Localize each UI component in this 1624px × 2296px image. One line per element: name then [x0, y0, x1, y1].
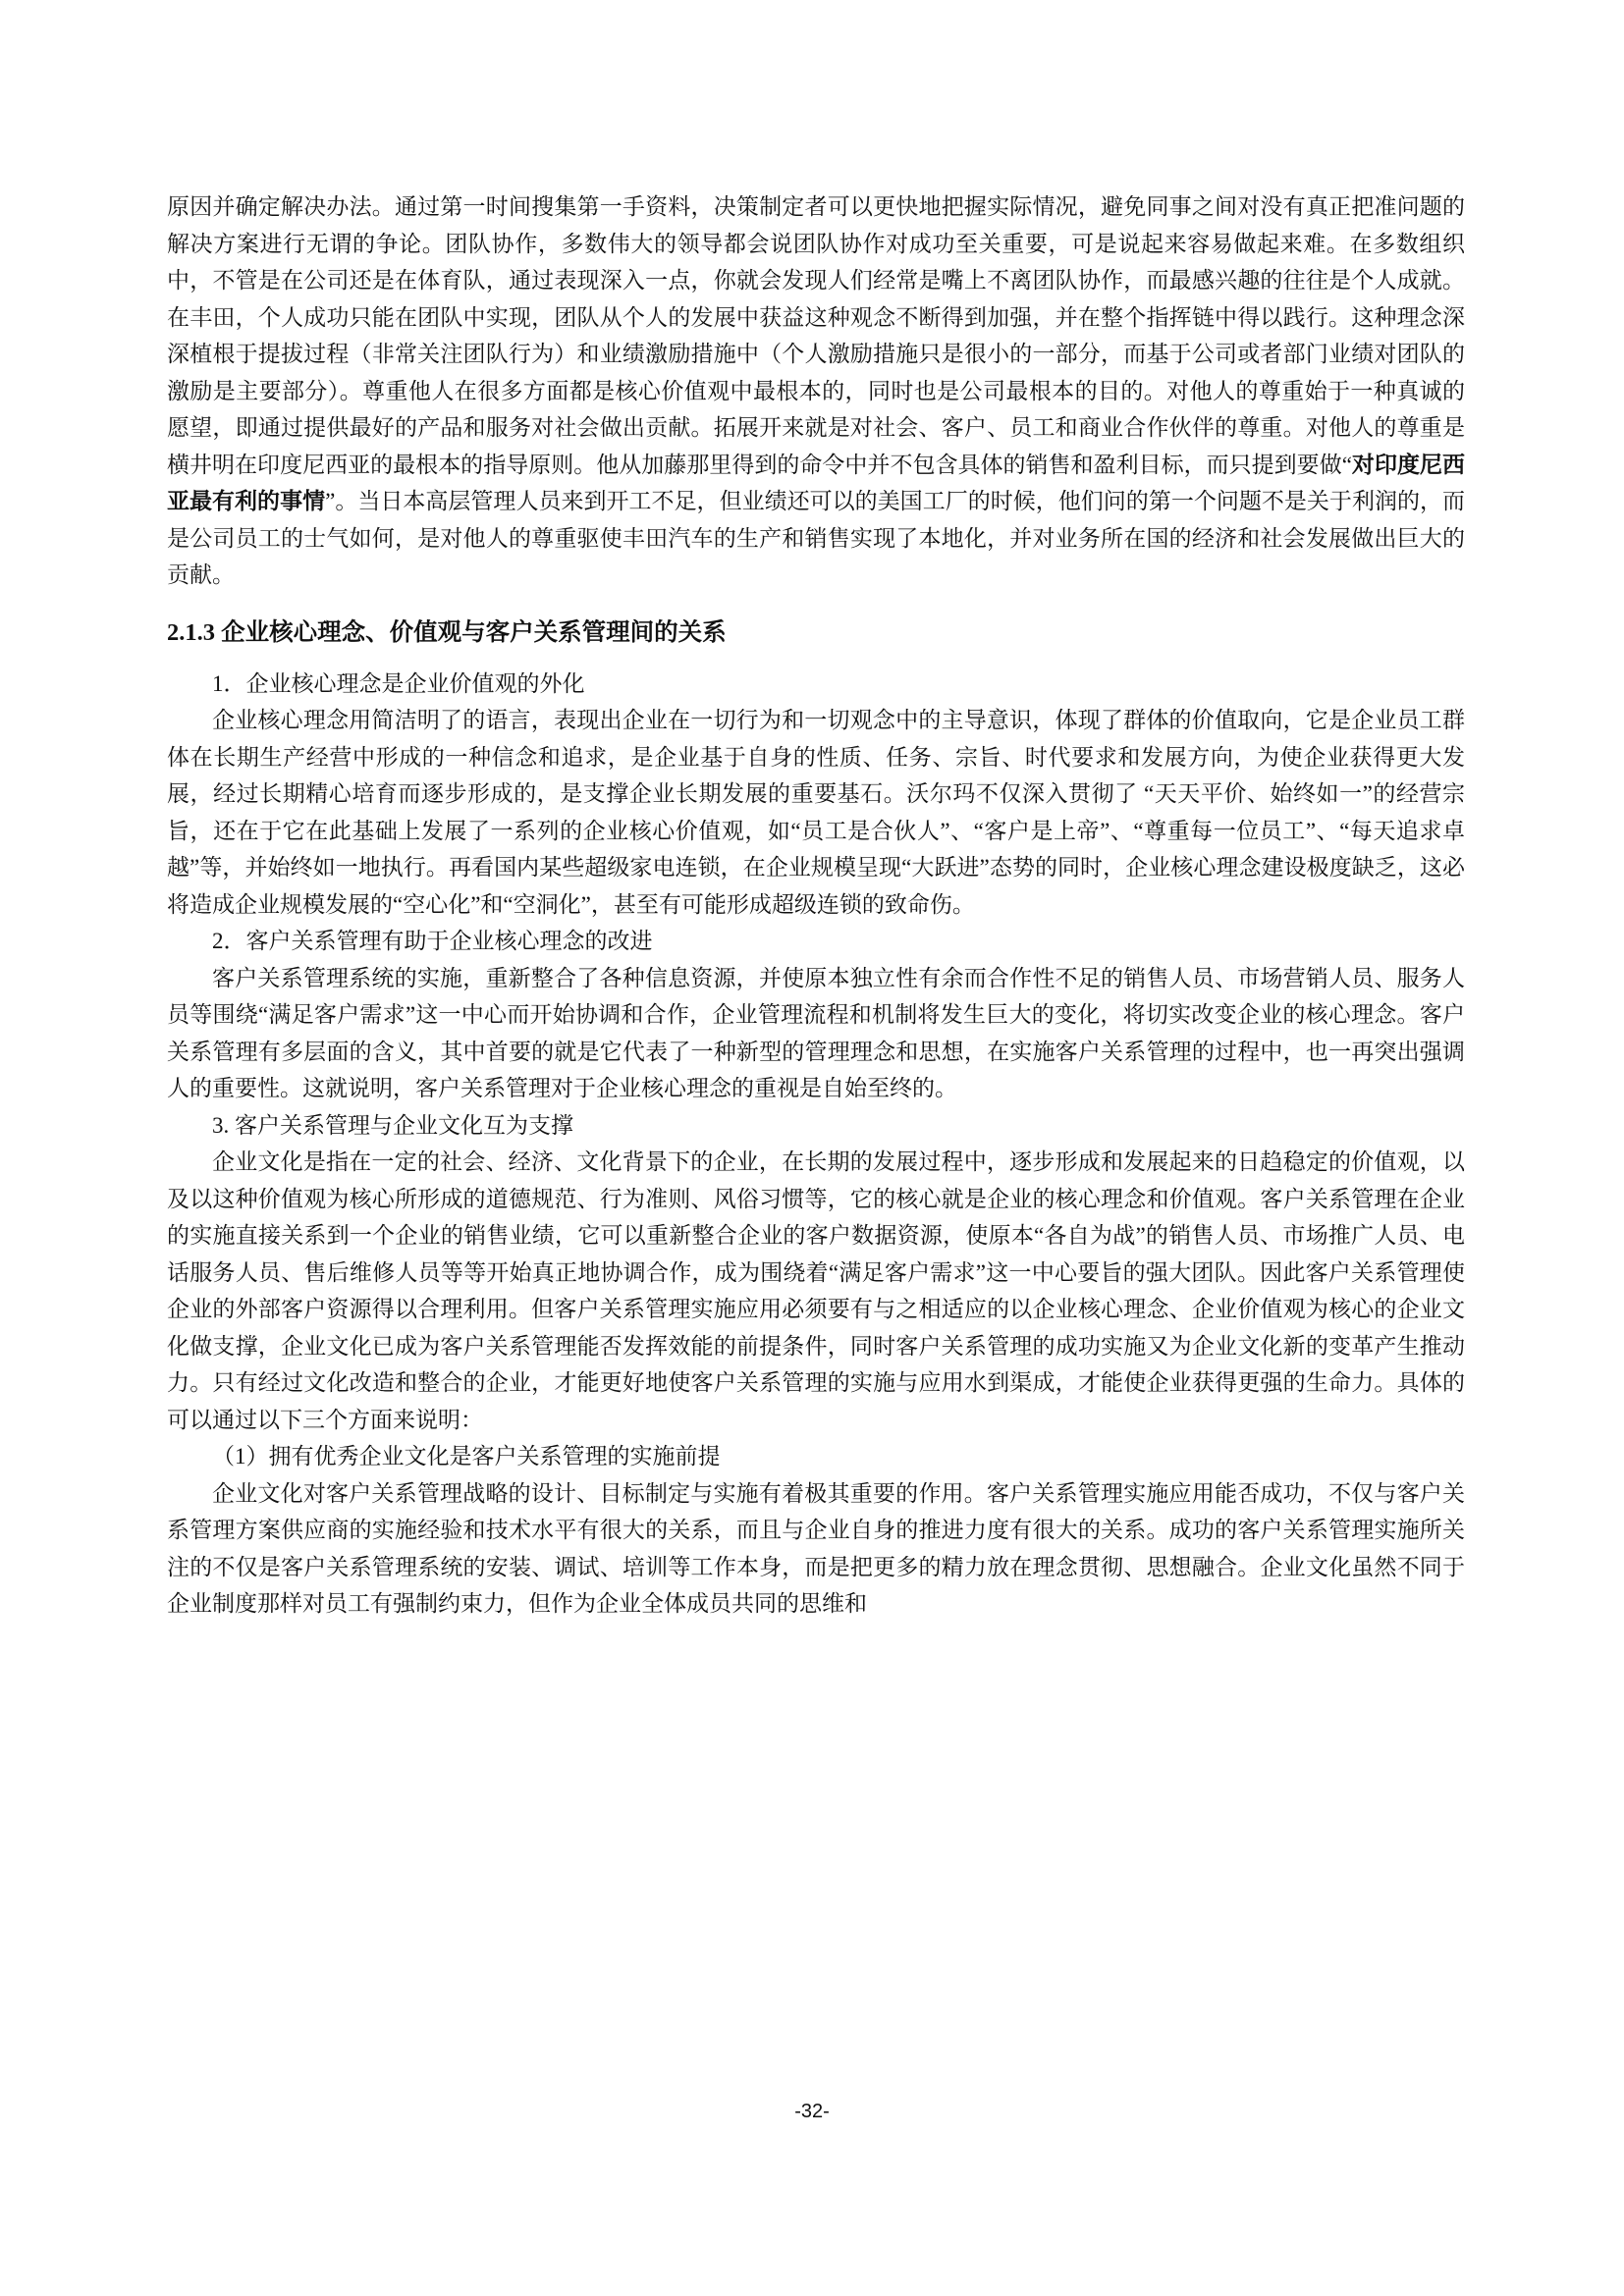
numbered-item-2: 2．客户关系管理有助于企业核心理念的改进 — [167, 923, 1465, 960]
numbered-item-4: （1）拥有优秀企业文化是客户关系管理的实施前提 — [167, 1438, 1465, 1475]
body-paragraph-4: 企业文化对客户关系管理战略的设计、目标制定与实施有着极其重要的作用。客户关系管理… — [167, 1475, 1465, 1623]
continued-paragraph-text-before: 原因并确定解决办法。通过第一时间搜集第一手资料，决策制定者可以更快地把握实际情况… — [167, 194, 1465, 477]
continued-paragraph: 原因并确定解决办法。通过第一时间搜集第一手资料，决策制定者可以更快地把握实际情况… — [167, 188, 1465, 594]
numbered-item-3: 3. 客户关系管理与企业文化互为支撑 — [167, 1107, 1465, 1145]
numbered-item-1: 1．企业核心理念是企业价值观的外化 — [167, 666, 1465, 703]
text-column: 原因并确定解决办法。通过第一时间搜集第一手资料，决策制定者可以更快地把握实际情况… — [167, 188, 1465, 1623]
page-number: -32- — [0, 2101, 1624, 2123]
document-page: 原因并确定解决办法。通过第一时间搜集第一手资料，决策制定者可以更快地把握实际情况… — [0, 0, 1624, 2296]
body-paragraph-1: 企业核心理念用简洁明了的语言，表现出企业在一切行为和一切观念中的主导意识，体现了… — [167, 702, 1465, 923]
section-heading-2-1-3: 2.1.3 企业核心理念、价值观与客户关系管理间的关系 — [167, 614, 1465, 651]
body-paragraph-3: 企业文化是指在一定的社会、经济、文化背景下的企业，在长期的发展过程中，逐步形成和… — [167, 1144, 1465, 1438]
continued-paragraph-text-after: ”。当日本高层管理人员来到开工不足，但业绩还可以的美国工厂的时候，他们问的第一个… — [167, 489, 1465, 587]
body-paragraph-2: 客户关系管理系统的实施，重新整合了各种信息资源，并使原本独立性有余而合作性不足的… — [167, 960, 1465, 1107]
